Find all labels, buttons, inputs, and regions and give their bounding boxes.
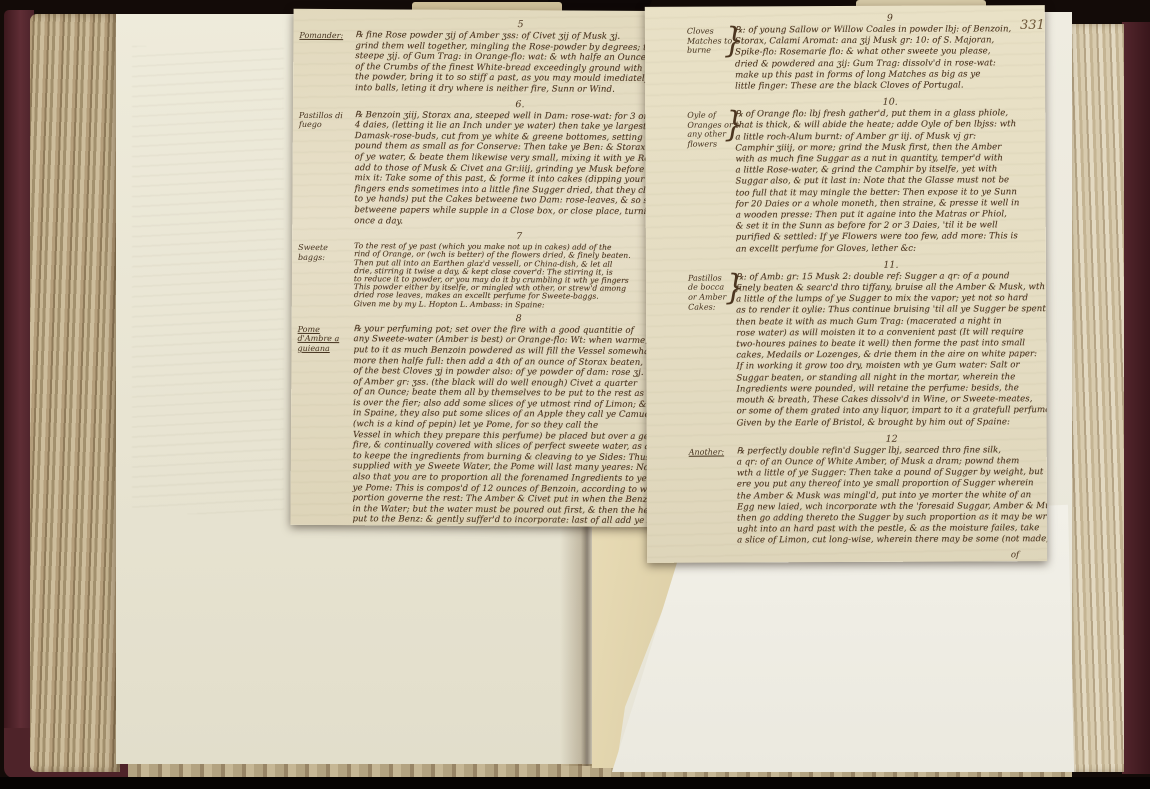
left-manuscript-sheet: 5Pomander:℞ fine Rose powder ʒij of Ambe…: [290, 9, 685, 527]
margin-label: Another:: [689, 447, 735, 457]
margin-label: Pastillos di fuego: [299, 110, 351, 130]
catchword: of: [647, 550, 1047, 562]
recipe-section: 11.Pastillos de bocca or Amber Cakes:}℞:…: [646, 258, 1047, 430]
text-line: an excellt perfume for Gloves, lether &c…: [736, 243, 1046, 256]
margin-brace-icon: }: [724, 21, 743, 62]
text-line: or some of them grated into any liquor, …: [737, 405, 1047, 418]
recipe-section: 10.Oyle of Oranges or any other flowers}…: [645, 95, 1046, 255]
recipe-section: 8Pome d'Ambre a guieana℞ your perfuming …: [290, 311, 683, 528]
text-line: betweene papers while supple in a Close …: [354, 205, 684, 218]
margin-label: Sweete baggs:: [298, 243, 350, 263]
ink-showthrough-ghost: [132, 46, 284, 514]
text-line: Given by the Earle of Bristol, & brought…: [737, 417, 1047, 430]
recipe-section: 6.Pastillos di fuego℞ Benzoin ʒiij, Stor…: [292, 96, 685, 228]
right-manuscript-sheet: 9Cloves Matches to burne}℞: of young Sal…: [645, 5, 1047, 563]
section-number: 9: [735, 11, 1045, 25]
page-edges-left-stack: [30, 14, 120, 772]
recipe-section: 12Another:℞ perfectly double refin'd Sug…: [647, 432, 1047, 548]
section-body: ℞ of Orange flo: lbj fresh gather'd, put…: [735, 108, 1046, 255]
section-body: ℞ perfectly double refin'd Sugger lbj, s…: [737, 445, 1047, 547]
text-line: that is thick, & will abide the heate; a…: [735, 120, 1045, 133]
text-line: a slice of Limon, cut long-wise, wherein…: [737, 534, 1047, 547]
margin-label: Pomander:: [299, 31, 351, 41]
recipe-section: 9Cloves Matches to burne}℞: of young Sal…: [645, 11, 1045, 93]
section-number: 11.: [736, 258, 1046, 272]
section-body: ℞ your perfuming pot; set over the fire …: [352, 324, 683, 527]
recipe-section: 7Sweete baggs:To the rest of ye past (wh…: [292, 229, 684, 310]
recipe-section: 5Pomander:℞ fine Rose powder ʒij of Ambe…: [293, 17, 685, 96]
text-line: Suggar also, & put it last in: Note that…: [736, 176, 1046, 189]
open-manuscript-book-photo: 5Pomander:℞ fine Rose powder ʒij of Ambe…: [0, 0, 1150, 789]
text-line: as to render it oylie: Thus continue bru…: [736, 305, 1046, 318]
book-cover-right-edge: [1122, 22, 1150, 774]
text-line: Given me by my L. Hopton L. Ambass: in S…: [354, 300, 684, 310]
text-line: ℞: of young Sallow or Willow Coales in p…: [735, 24, 1045, 37]
section-body: To the rest of ye past (which you make n…: [354, 242, 684, 310]
section-body: ℞: of young Sallow or Willow Coales in p…: [735, 24, 1045, 93]
margin-label: Pome d'Ambre a guieana: [297, 325, 349, 354]
section-number: 12: [737, 432, 1047, 446]
section-body: ℞: of Amb: gr: 15 Musk 2: double ref: Su…: [736, 271, 1047, 429]
text-line: purified & settled: If ye Flowers were t…: [736, 232, 1046, 245]
folio-number: 331: [1020, 18, 1045, 33]
margin-brace-icon: }: [724, 105, 743, 146]
section-body: ℞ fine Rose powder ʒij of Amber ʒss: of …: [355, 30, 685, 96]
text-line: ere you put any thereof into ye small pr…: [737, 478, 1047, 491]
page-edges-right-stack: [1066, 24, 1124, 772]
text-line: once a day.: [354, 216, 684, 229]
text-line: little finger: These are the black Clove…: [735, 80, 1045, 93]
bottom-shadow: [0, 777, 1150, 789]
text-line: If in working it grow too dry, moisten w…: [736, 361, 1046, 374]
section-body: ℞ Benzoin ʒiij, Storax ana, steeped well…: [354, 110, 685, 229]
margin-brace-icon: }: [725, 268, 744, 309]
text-line: into balls, leting it dry where is neith…: [355, 83, 685, 96]
